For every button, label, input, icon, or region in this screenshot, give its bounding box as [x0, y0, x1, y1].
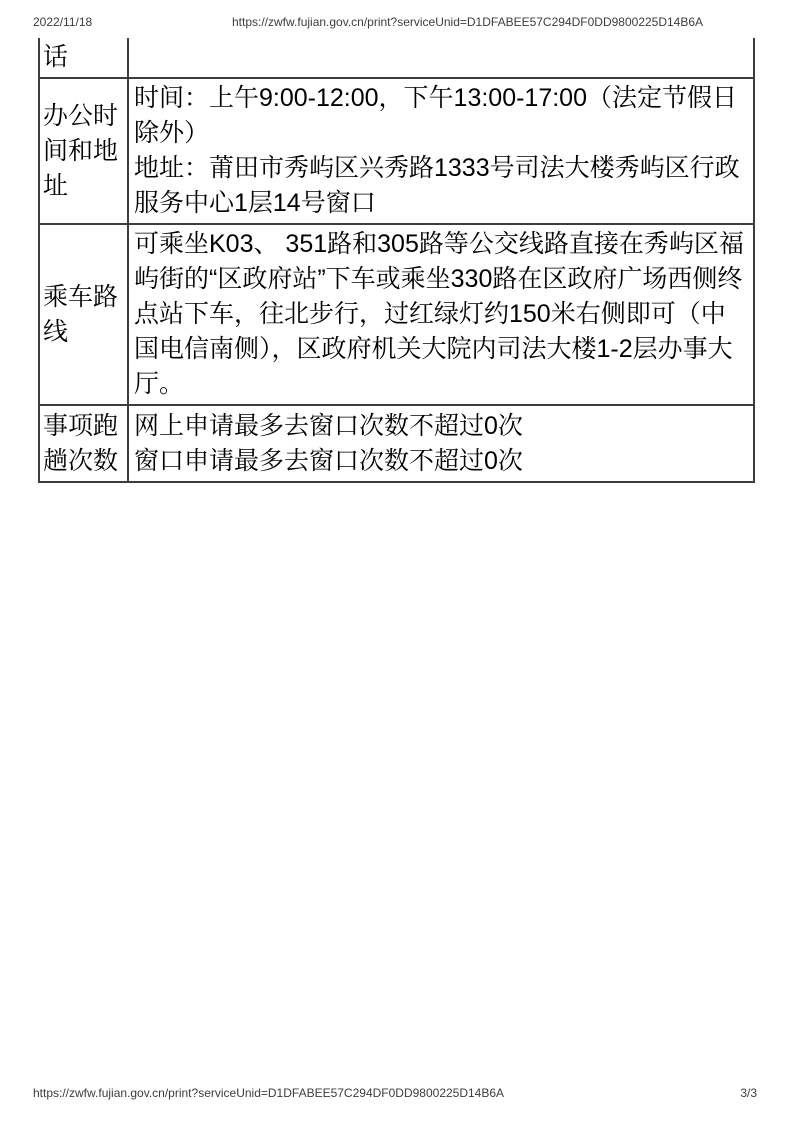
header-print-date: 2022/11/18	[33, 15, 92, 29]
table-row-office-hours-address: 办公时间和地址 时间：上午9:00-12:00，下午13:00-17:00（法定…	[39, 78, 754, 224]
footer-source-url: https://zwfw.fujian.gov.cn/print?service…	[33, 1086, 504, 1100]
print-page: 2022/11/18 https://zwfw.fujian.gov.cn/pr…	[0, 0, 793, 1123]
row-label-required-visits: 事项跑趟次数	[39, 405, 128, 482]
row-label-office-hours-address: 办公时间和地址	[39, 78, 128, 224]
table-row-phone-continued: 话	[39, 38, 754, 78]
row-content-office-hours-address: 时间：上午9:00-12:00，下午13:00-17:00（法定节假日除外） 地…	[128, 78, 754, 224]
row-label-bus-routes: 乘车路线	[39, 224, 128, 405]
page-root: { "header": { "date": "2022/11/18", "url…	[0, 0, 793, 1123]
footer-page-number: 3/3	[740, 1086, 757, 1100]
table-row-bus-routes: 乘车路线 可乘坐K03、 351路和305路等公交线路直接在秀屿区福屿街的“区政…	[39, 224, 754, 405]
header-source-url: https://zwfw.fujian.gov.cn/print?service…	[232, 15, 703, 29]
row-label-phone-continued: 话	[39, 38, 128, 78]
row-content-phone-continued	[128, 38, 754, 78]
row-content-bus-routes: 可乘坐K03、 351路和305路等公交线路直接在秀屿区福屿街的“区政府站”下车…	[128, 224, 754, 405]
table-row-required-visits: 事项跑趟次数 网上申请最多去窗口次数不超过0次 窗口申请最多去窗口次数不超过0次	[39, 405, 754, 482]
row-content-required-visits: 网上申请最多去窗口次数不超过0次 窗口申请最多去窗口次数不超过0次	[128, 405, 754, 482]
service-info-table: 话 办公时间和地址 时间：上午9:00-12:00，下午13:00-17:00（…	[38, 38, 755, 483]
